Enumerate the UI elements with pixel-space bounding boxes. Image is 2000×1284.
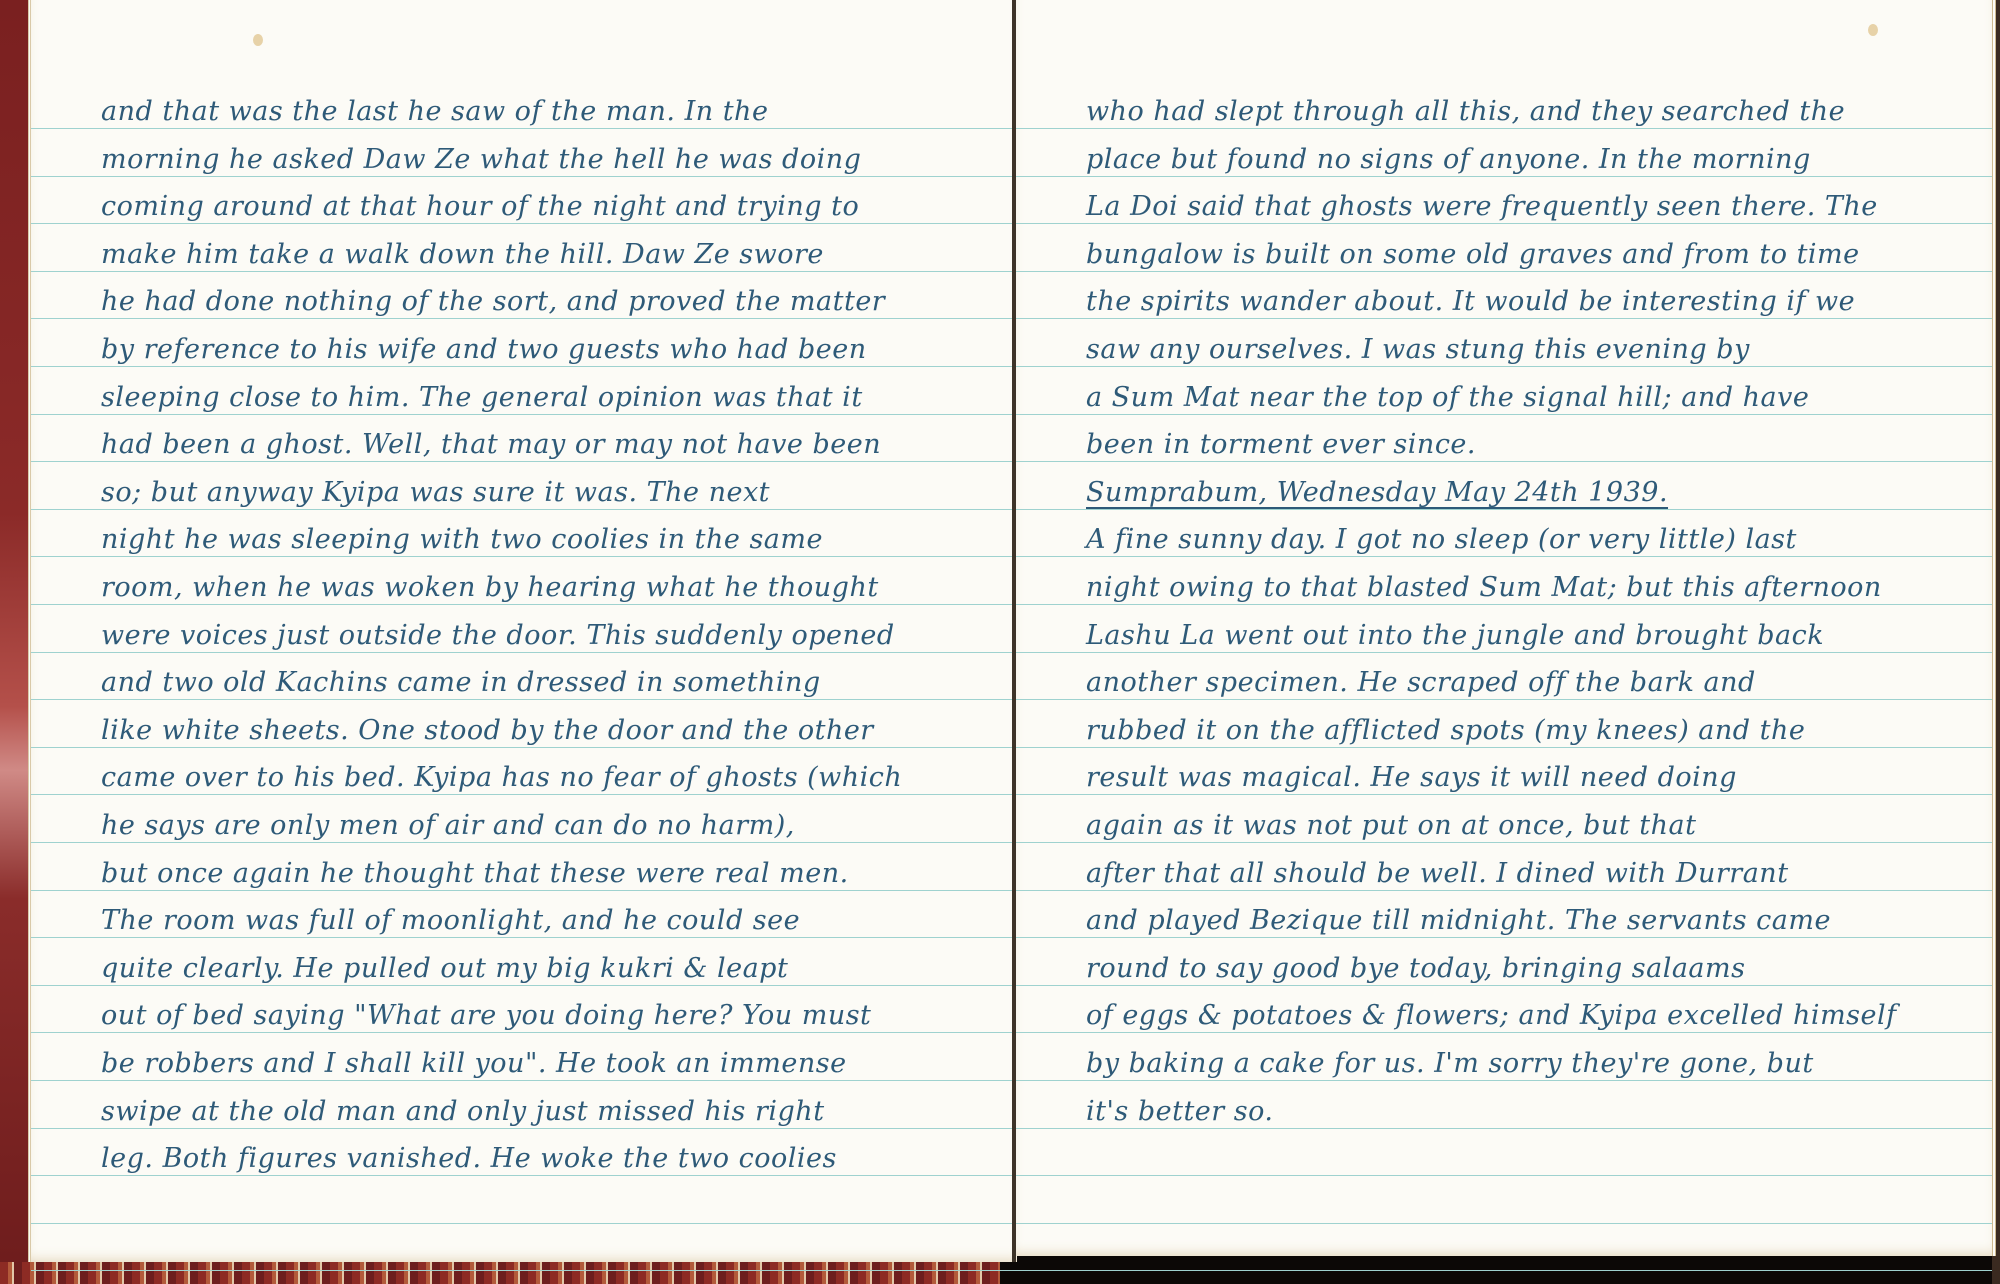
handwritten-line: by baking a cake for us. I'm sorry they'…: [1086, 1048, 1814, 1079]
handwritten-line: be robbers and I shall kill you". He too…: [101, 1048, 847, 1079]
ruled-line: [1016, 366, 1992, 367]
ruled-line: [31, 556, 1017, 557]
ruled-line: [1016, 985, 1992, 986]
handwritten-line: swipe at the old man and only just misse…: [101, 1096, 825, 1127]
handwritten-line: the spirits wander about. It would be in…: [1086, 286, 1855, 317]
ruled-line: [31, 461, 1017, 462]
ruled-line: [1016, 509, 1992, 510]
handwritten-line: coming around at that hour of the night …: [101, 191, 859, 222]
handwritten-line: night he was sleeping with two coolies i…: [101, 524, 823, 555]
ruled-line: [31, 794, 1017, 795]
left-page: and that was the last he saw of the man.…: [28, 0, 1017, 1262]
handwritten-line: were voices just outside the door. This …: [101, 620, 895, 651]
handwritten-line: after that all should be well. I dined w…: [1086, 858, 1789, 889]
handwritten-line: quite clearly. He pulled out my big kukr…: [101, 953, 788, 984]
ruled-line: [31, 604, 1017, 605]
ruled-line: [1016, 271, 1992, 272]
handwritten-line: but once again he thought that these wer…: [101, 858, 849, 889]
handwritten-line: had been a ghost. Well, that may or may …: [101, 429, 881, 460]
ruled-line: [31, 414, 1017, 415]
ruled-line: [31, 318, 1017, 319]
handwritten-line: of eggs & potatoes & flowers; and Kyipa …: [1086, 1000, 1897, 1031]
handwritten-line: and that was the last he saw of the man.…: [101, 96, 768, 127]
ruled-line: [1016, 1080, 1992, 1081]
ruled-line: [31, 1270, 1017, 1271]
marbled-cover-edge-bottom: [0, 1262, 1000, 1284]
ruled-line: [31, 1032, 1017, 1033]
handwritten-line: it's better so.: [1086, 1096, 1274, 1127]
handwritten-line: result was magical. He says it will need…: [1086, 762, 1737, 793]
ruled-line: [1016, 461, 1992, 462]
ruled-line: [1016, 794, 1992, 795]
ruled-line: [1016, 223, 1992, 224]
handwritten-line: out of bed saying "What are you doing he…: [101, 1000, 871, 1031]
diary-entry-date-heading: Sumprabum, Wednesday May 24th 1939.: [1086, 477, 1668, 508]
handwritten-line: another specimen. He scraped off the bar…: [1086, 667, 1756, 698]
handwritten-line: and played Bezique till midnight. The se…: [1086, 905, 1831, 936]
handwritten-line: A fine sunny day. I got no sleep (or ver…: [1086, 524, 1797, 555]
handwritten-line: night owing to that blasted Sum Mat; but…: [1086, 572, 1882, 603]
ruled-line: [1016, 699, 1992, 700]
ruled-line: [1016, 556, 1992, 557]
ruled-line: [31, 176, 1017, 177]
ruled-line: [31, 223, 1017, 224]
handwritten-line: like white sheets. One stood by the door…: [101, 715, 874, 746]
ruled-line: [31, 747, 1017, 748]
handwritten-line: came over to his bed. Kyipa has no fear …: [101, 762, 902, 793]
handwritten-line: make him take a walk down the hill. Daw …: [101, 239, 824, 270]
ruled-line: [1016, 652, 1992, 653]
ruled-line: [1016, 1128, 1992, 1129]
right-page: who had slept through all this, and they…: [1016, 0, 1996, 1256]
handwritten-line: Lashu La went out into the jungle and br…: [1086, 620, 1824, 651]
handwritten-line: who had slept through all this, and they…: [1086, 96, 1845, 127]
handwritten-line: by reference to his wife and two guests …: [101, 334, 867, 365]
ruled-line: [31, 699, 1017, 700]
ruled-line: [1016, 1223, 1992, 1224]
handwritten-line: he says are only men of air and can do n…: [101, 810, 795, 841]
ruled-line: [1016, 128, 1992, 129]
ruled-line: [1016, 176, 1992, 177]
handwritten-line: The room was full of moonlight, and he c…: [101, 905, 800, 936]
ruled-line: [31, 271, 1017, 272]
handwritten-line: bungalow is built on some old graves and…: [1086, 239, 1860, 270]
handwritten-line: leg. Both figures vanished. He woke the …: [101, 1143, 837, 1174]
ruled-line: [1016, 1175, 1992, 1176]
marbled-cover-edge-left: [0, 0, 30, 1284]
ruled-line: [31, 842, 1017, 843]
handwritten-line: La Doi said that ghosts were frequently …: [1086, 191, 1878, 222]
handwritten-line: again as it was not put on at once, but …: [1086, 810, 1696, 841]
handwritten-line: morning he asked Daw Ze what the hell he…: [101, 144, 861, 175]
ruled-line: [31, 985, 1017, 986]
handwritten-line: round to say good bye today, bringing sa…: [1086, 953, 1746, 984]
ruled-line: [1016, 1270, 1992, 1271]
ruled-line: [31, 128, 1017, 129]
ruled-line: [1016, 937, 1992, 938]
handwritten-line: rubbed it on the afflicted spots (my kne…: [1086, 715, 1805, 746]
handwritten-line: he had done nothing of the sort, and pro…: [101, 286, 885, 317]
ink-stain: [253, 34, 263, 46]
ruled-line: [1016, 604, 1992, 605]
handwritten-line: so; but anyway Kyipa was sure it was. Th…: [101, 477, 770, 508]
ruled-line: [1016, 414, 1992, 415]
ruled-line: [1016, 890, 1992, 891]
ruled-line: [31, 652, 1017, 653]
ruled-line: [1016, 1032, 1992, 1033]
ruled-line: [1016, 747, 1992, 748]
ruled-line: [31, 1128, 1017, 1129]
handwritten-line: place but found no signs of anyone. In t…: [1086, 144, 1811, 175]
ruled-line: [1016, 318, 1992, 319]
ruled-line: [31, 509, 1017, 510]
handwritten-line: and two old Kachins came in dressed in s…: [101, 667, 821, 698]
ruled-line: [31, 1175, 1017, 1176]
ruled-line: [31, 1080, 1017, 1081]
ink-stain: [1868, 24, 1878, 36]
ruled-line: [1016, 842, 1992, 843]
ruled-line: [31, 937, 1017, 938]
handwritten-line: room, when he was woken by hearing what …: [101, 572, 879, 603]
handwritten-line: saw any ourselves. I was stung this even…: [1086, 334, 1750, 365]
ruled-line: [31, 1223, 1017, 1224]
handwritten-line: a Sum Mat near the top of the signal hil…: [1086, 382, 1809, 413]
ruled-line: [31, 366, 1017, 367]
handwritten-line: sleeping close to him. The general opini…: [101, 382, 863, 413]
handwritten-line: been in torment ever since.: [1086, 429, 1476, 460]
ruled-line: [31, 890, 1017, 891]
